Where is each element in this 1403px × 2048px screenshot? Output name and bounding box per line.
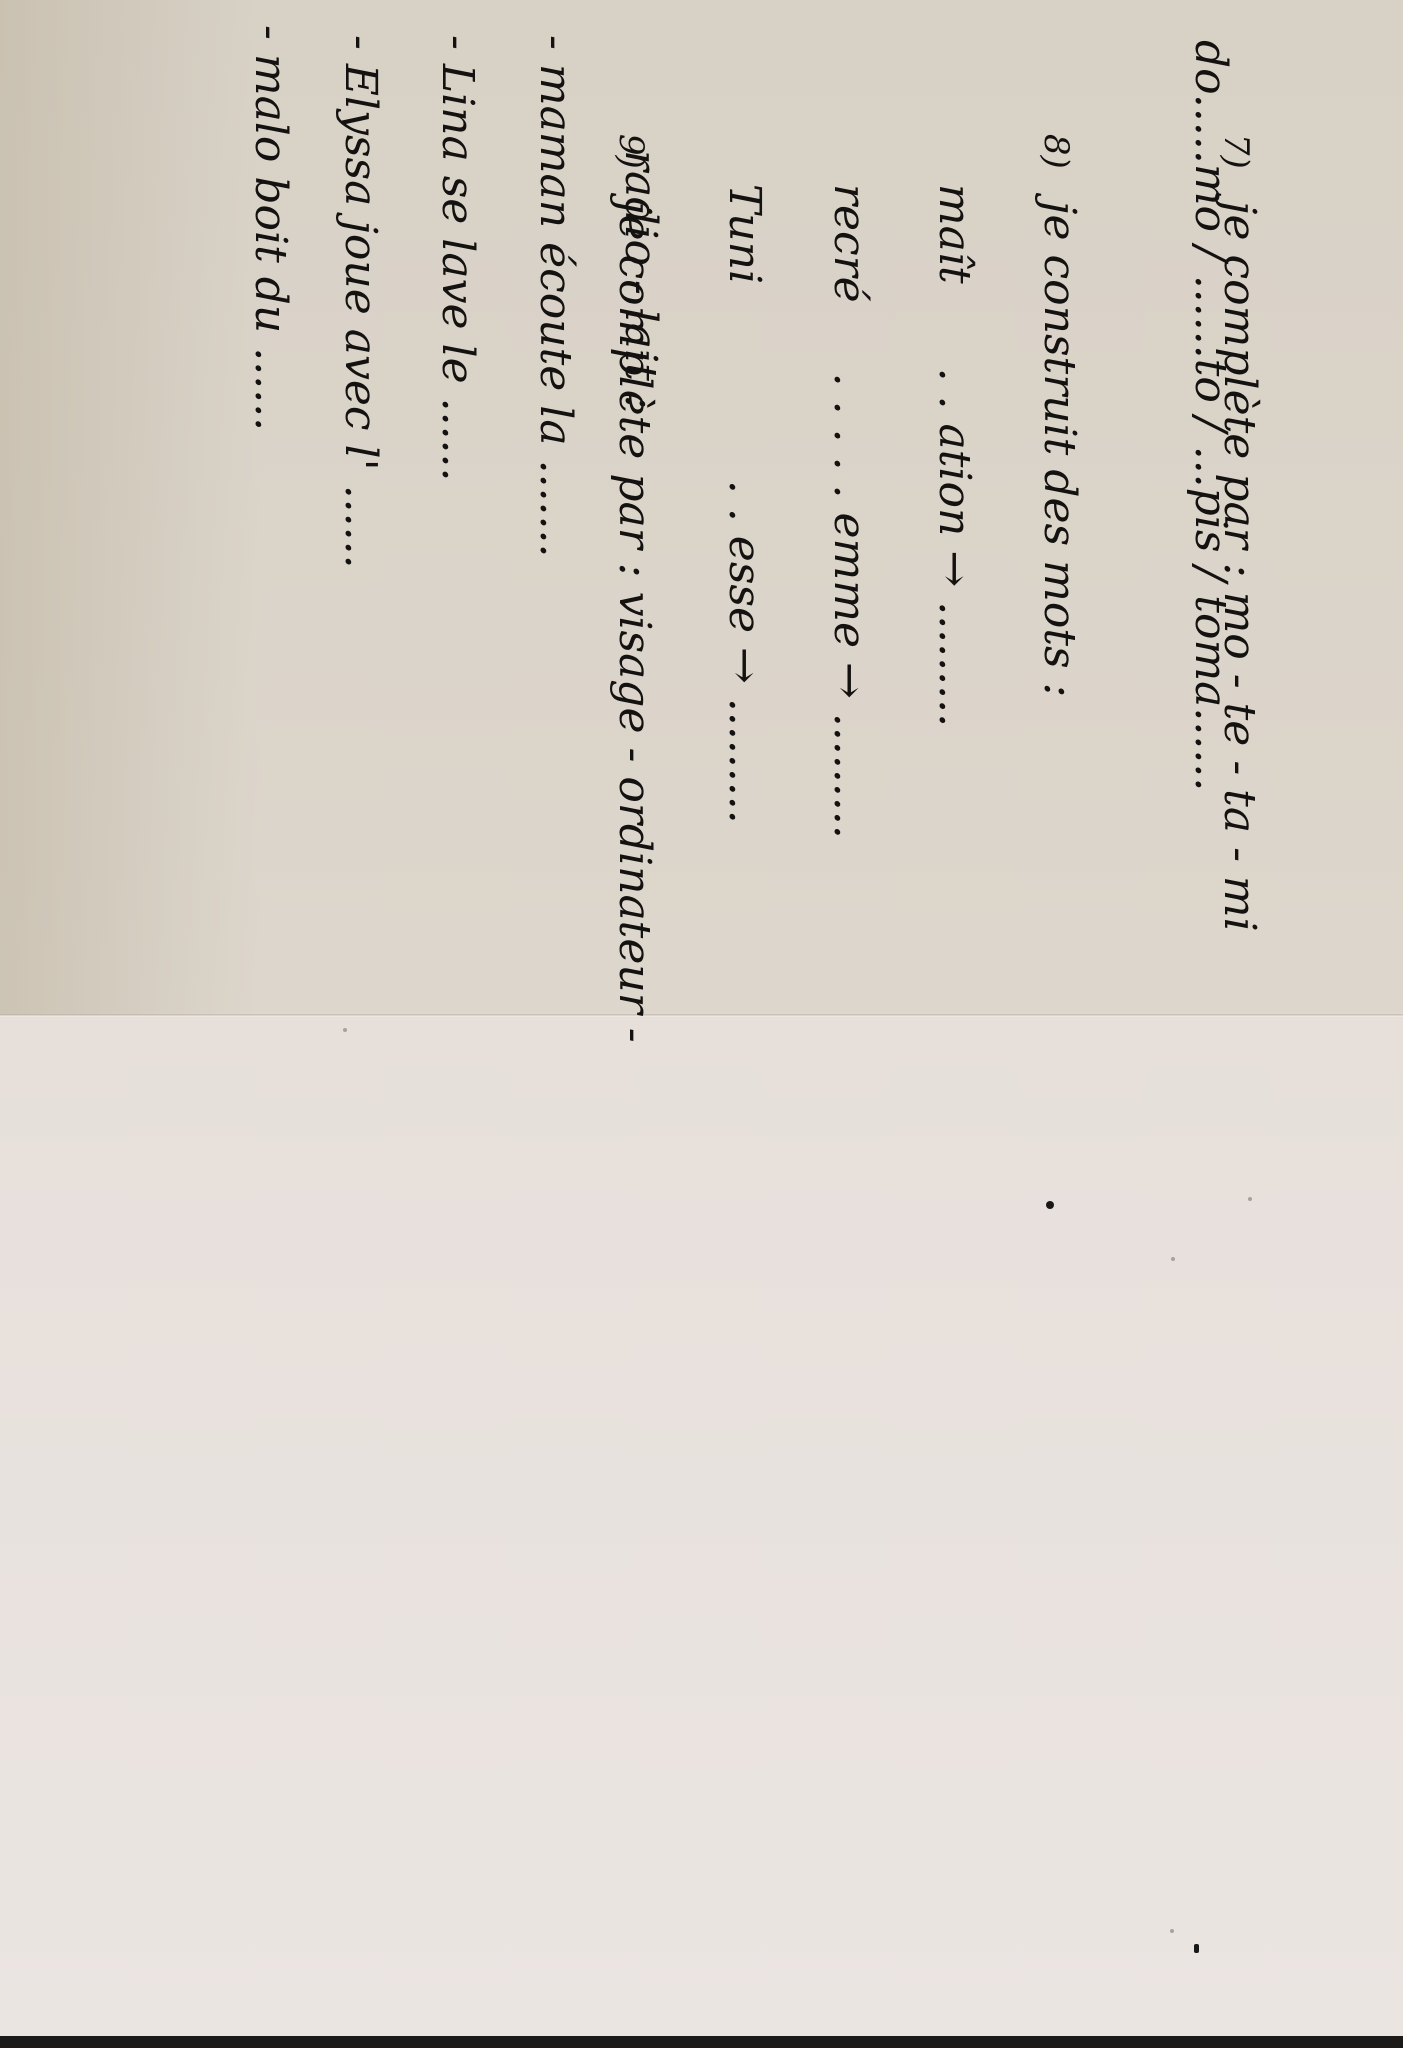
arrow-icon: → xyxy=(719,647,770,684)
ink-dot xyxy=(1046,1201,1054,1209)
answer-blank: ......... xyxy=(719,698,770,824)
exercise-9-instruction-cont: radio - lait : xyxy=(612,150,668,410)
answer-blank: ......... xyxy=(824,713,875,839)
worksheet-rotated: 7)je complète par : mo - te - ta - mi do… xyxy=(0,0,1403,2040)
exercise-9-sentence: - Elyssa joue avec l' ...... xyxy=(332,35,388,569)
ink-speck xyxy=(1170,1929,1174,1933)
ink-speck xyxy=(343,1028,347,1032)
arrow-icon: → xyxy=(929,550,980,587)
exercise-8-number: 8) xyxy=(1036,134,1076,169)
exercise-9-sentence: - malo boit du ...... xyxy=(242,25,298,431)
answer-blank: ......... xyxy=(929,601,980,727)
arrow-icon: → xyxy=(824,662,875,699)
paper-photo: 7)je complète par : mo - te - ta - mi do… xyxy=(0,0,1403,2040)
word-prefix: maît xyxy=(929,184,980,284)
word-middle: . . . . . emme xyxy=(824,373,875,648)
exercise-8-instruction: je construit des mots : xyxy=(1034,201,1085,698)
ink-speck xyxy=(1248,1197,1252,1201)
exercise-9-sentence: - Lina se lave le ...... xyxy=(429,35,485,482)
word-prefix: recré xyxy=(824,184,875,303)
word-prefix: Tuni xyxy=(719,184,770,284)
exercise-9-sentence: - maman écoute la ....... xyxy=(527,35,583,558)
exercise-7-line: do.....mo / ......to / ...pis / toma....… xyxy=(1182,40,1238,791)
ink-speck xyxy=(1171,1257,1175,1261)
table-background-edge xyxy=(0,2036,1403,2048)
word-middle: . . ation xyxy=(929,368,980,537)
ink-dot xyxy=(1194,1944,1199,1953)
word-middle: . . esse xyxy=(719,480,770,633)
